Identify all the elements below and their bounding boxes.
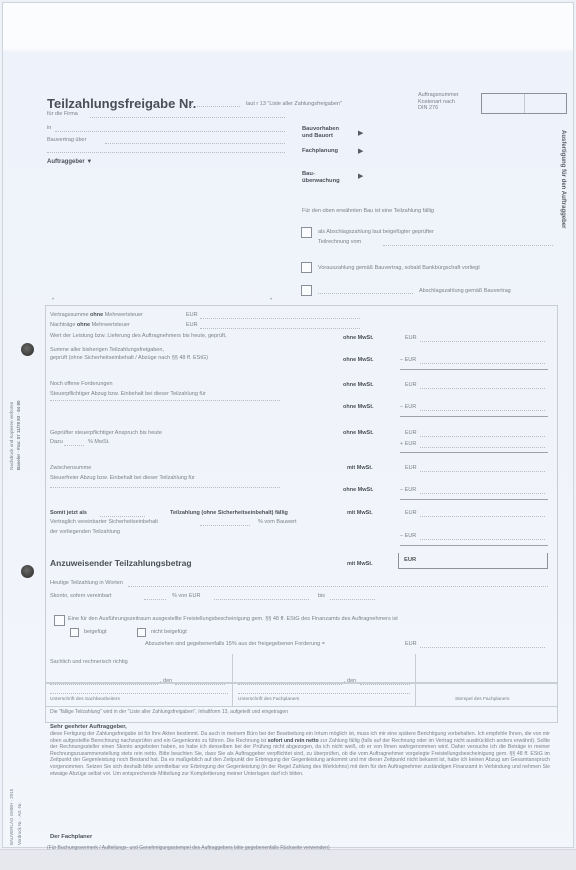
attached-label: beigefügt [84, 629, 107, 635]
side-note-publisher: BAUVERLAG GMBH · 2015 [9, 789, 14, 845]
order-number-box[interactable] [481, 93, 567, 114]
punch-hole-top [21, 343, 34, 356]
clerk-signature-field[interactable] [50, 693, 228, 694]
payout-amount-label: Anzuweisender Teilzahlungsbetrag [50, 558, 192, 568]
security-retention-rate-field[interactable] [200, 525, 250, 526]
security-retention-currency: – EUR [400, 533, 416, 539]
subtotal-rule-3 [400, 452, 548, 453]
security-retention-label: Vertraglich vereinbarter Sicherheitseinb… [50, 519, 158, 525]
subtotal-rule-1 [400, 369, 548, 370]
vat-amount-field[interactable] [420, 447, 545, 448]
planning-arrow-icon: ▶ [358, 147, 363, 155]
discount-rate-field[interactable] [144, 599, 166, 600]
supplements-label: Nachträge ohne Mehrwertsteuer [50, 322, 130, 328]
discount-label: Skonto, sofern vereinbart [50, 593, 111, 599]
installment-number-field[interactable] [100, 516, 145, 517]
project-label-1: Bauvorhaben [302, 126, 339, 133]
location-field[interactable] [55, 131, 285, 132]
clerk-signature-label: Unterschrift des Sachbearbeiters [50, 697, 120, 702]
supervision-label-2: überwachung [302, 178, 340, 185]
taxfree-deduction-label: Steuerfreier Abzug bzw. Einbehalt bei di… [50, 475, 195, 481]
verified-claim-field[interactable] [420, 436, 545, 437]
planner-place-field[interactable] [238, 684, 342, 685]
contract-sum-label: Vertragssumme ohne Mehrwertsteuer [50, 312, 143, 318]
order-number-divider [524, 94, 525, 113]
note-top-rule [45, 706, 558, 707]
copy-designation: Ausfertigung für den Auftraggeber [560, 130, 566, 228]
contract-sum-bold: ohne [90, 312, 103, 318]
open-claims-tax-note: ohne MwSt. [343, 382, 374, 388]
planner-stamp-label: Stempel des Fachplaners [455, 697, 509, 702]
form-title: Teilzahlungsfreigabe Nr. [47, 96, 196, 111]
checkbox-advance-payment[interactable] [301, 262, 312, 273]
option-partial-invoice-line1: als Abschlagszahlung laut beigefügter ge… [318, 229, 434, 235]
performance-value-field[interactable] [420, 341, 545, 342]
footer-note: (Für Buchungsvermerk / Aufteilungs- und … [47, 845, 330, 851]
location-label: in [47, 125, 51, 131]
open-claims-label: Noch offene Forderungen [50, 381, 113, 387]
discount-base-field[interactable] [214, 599, 309, 600]
taxfree-deduction-currency: – EUR [400, 487, 416, 493]
installment-due-currency: EUR [405, 510, 417, 516]
taxable-deduction-label: Steuerpflichtiger Abzug bzw. Einbehalt b… [50, 391, 206, 397]
amount-in-words-field[interactable] [128, 586, 548, 587]
exemption-certificate-text: Eine für den Ausführungszeitraum ausgest… [68, 616, 398, 622]
clerk-place-field[interactable] [50, 684, 158, 685]
supervision-label-1: Bau- [302, 171, 340, 178]
project-label-2: und Bauort [302, 133, 339, 140]
interim-sum-currency: EUR [405, 465, 417, 471]
planner-signature-field[interactable] [238, 693, 410, 694]
list-reference: laut r 13 "Liste aller Zahlungsfreigaben… [246, 101, 342, 107]
letter-body-bold: sofort und rein netto [268, 738, 319, 744]
invoice-date-field[interactable] [383, 245, 553, 246]
interim-sum-tax-note: mit MwSt. [347, 465, 373, 471]
open-claims-currency: EUR [405, 382, 417, 388]
open-claims-field[interactable] [420, 388, 545, 389]
taxable-deduction-field[interactable] [420, 410, 545, 411]
amount-in-words-label: Heutige Teilzahlung in Worten [50, 580, 123, 586]
option-advance-payment: Vorauszahlung gemäß Bauvertrag, sobald B… [318, 265, 480, 271]
taxable-deduction-currency: – EUR [400, 404, 416, 410]
interim-sum-label: Zwischensumme [50, 465, 91, 471]
fold-mark-left: • [52, 297, 54, 303]
list-entry-note: Die "fällige Teilzahlung" wird in der "L… [50, 709, 288, 715]
firm-field[interactable] [90, 117, 285, 118]
previous-sum-tax-note: ohne MwSt. [343, 357, 374, 363]
supervision-arrow-icon: ▶ [358, 172, 363, 180]
planner-date-label: , den [344, 678, 356, 684]
contract-sum-currency: EUR [186, 312, 198, 318]
interim-sum-field[interactable] [420, 471, 545, 472]
taxfree-deduction-field[interactable] [420, 493, 545, 494]
side-note-copyright: Nachdruck und Kopieren verboten [9, 402, 14, 470]
discount-base-label: % von EUR [172, 593, 200, 599]
installment-due-tax-note: mit MwSt. [347, 510, 373, 516]
supplements-bold: ohne [77, 322, 90, 328]
clerk-date-field[interactable] [175, 684, 225, 685]
verified-claim-label: Geprüfter steuerpflichtiger Anspruch bis… [50, 430, 162, 436]
subtotal-rule-4 [400, 499, 548, 500]
payout-tax-note: mit MwSt. [347, 561, 373, 567]
contract-label: Bauvertrag über [47, 137, 86, 143]
planner-signature-label: Unterschrift des Fachplaners [238, 697, 299, 702]
letter-body-post: zur Zahlung fällig (falls auf der Rechnu… [50, 738, 550, 777]
order-number-label-1: Auftragsnummer [418, 92, 459, 99]
taxable-deduction-tax-note: ohne MwSt. [343, 404, 374, 410]
supplements-pre: Nachträge [50, 322, 77, 328]
supplements-currency: EUR [186, 322, 198, 328]
deduction-15-label: Abzuziehen sind gegebenenfalls 15% aus d… [145, 641, 325, 647]
performance-tax-note: ohne MwSt. [343, 335, 374, 341]
side-note-contact: Baseler · Fax: 07 11/78 83 · 84 80 [16, 400, 21, 470]
checkbox-partial-invoice[interactable] [301, 227, 312, 238]
specialist-planning-label: Fachplanung [302, 148, 338, 154]
punch-hole-bottom [21, 565, 34, 578]
previous-sum-field[interactable] [420, 363, 545, 364]
payout-amount-box[interactable]: EUR [398, 553, 548, 569]
order-number-label: Auftragsnummer Kostenart nach DIN 276 [418, 92, 459, 112]
signature-divider-2 [415, 654, 416, 706]
page-edge [0, 849, 576, 870]
contract-sum-pre: Vertragssumme [50, 312, 90, 318]
vat-rate-field[interactable] [64, 445, 84, 446]
taxable-deduction-reason-field[interactable] [50, 400, 280, 401]
project-arrow-icon: ▶ [358, 129, 363, 137]
now-due-label: Somit jetzt als [50, 510, 87, 516]
option-installment: Abschlagszahlung gemäß Bauvertrag [419, 288, 511, 294]
vat-label: Dazu [50, 439, 63, 445]
security-retention-field[interactable] [420, 539, 545, 540]
vat-percent-label: % MwSt. [88, 439, 110, 445]
letter-signoff: Der Fachplaner [50, 834, 92, 840]
not-attached-label: nicht beigefügt [151, 629, 187, 635]
checkbox-installment[interactable] [301, 285, 312, 296]
project-label: Bauvorhaben und Bauort [302, 126, 339, 140]
deduction-15-currency: EUR [405, 641, 417, 647]
verified-claim-tax-note: ohne MwSt. [343, 430, 374, 436]
subtotal-rule-2 [400, 416, 548, 417]
installment-field[interactable] [318, 293, 413, 294]
discount-until-field[interactable] [330, 599, 375, 600]
installment-due-label: Teilzahlung (ohne Sicherheitseinbehalt) … [170, 510, 288, 516]
performance-currency: EUR [405, 335, 417, 341]
number-field[interactable] [190, 106, 240, 107]
previous-sum-label-2: geprüft (ohne Sicherheitseinbehalt / Abz… [50, 355, 208, 361]
performance-value-label: Wert der Leistung bzw. Lieferung des Auf… [50, 333, 227, 339]
order-number-label-3: DIN 276 [418, 105, 459, 112]
checkbox-not-attached[interactable] [137, 628, 146, 637]
contract-sum-post: Mehrwertsteuer [103, 312, 143, 318]
contract-field-2[interactable] [47, 152, 285, 153]
checkbox-exemption-certificate[interactable] [54, 615, 65, 626]
letter-salutation: Sehr geehrter Auftraggeber, [50, 724, 127, 730]
signature-divider-1 [232, 654, 233, 706]
security-percent-label: % vom Bauwert [258, 519, 297, 525]
supplements-field[interactable] [200, 328, 360, 329]
letter-body: diese Fertigung der Zahlungsfreigabe ist… [50, 731, 550, 777]
previous-sum-label-1: Summe aller bisherigen Teilzahlungsfreig… [50, 347, 164, 353]
discount-until-label: bis [318, 593, 325, 599]
subtotal-rule-5 [400, 545, 548, 546]
option-partial-invoice-line2: Teilrechnung vom [318, 239, 361, 245]
contract-sum-field[interactable] [200, 318, 360, 319]
payout-currency: EUR [404, 557, 416, 563]
taxfree-deduction-reason-field[interactable] [50, 487, 280, 488]
taxfree-deduction-tax-note: ohne MwSt. [343, 487, 374, 493]
signature-box [45, 683, 558, 723]
supplements-post: Mehrwertsteuer [90, 322, 130, 328]
supervision-label: Bau- überwachung [302, 171, 340, 185]
deduction-15-field[interactable] [420, 647, 545, 648]
contract-field[interactable] [105, 143, 285, 144]
verified-claim-currency: EUR [405, 430, 417, 436]
vat-currency: + EUR [400, 441, 416, 447]
current-installment-label: der vorliegenden Teilzahlung [50, 529, 120, 535]
firm-label: für die Firma [47, 111, 78, 117]
side-note-form-number: Vordruck Nr. · Art.-Nr. [17, 802, 22, 845]
client-label: Auftraggeber ▼ [47, 159, 92, 165]
calculation-box [45, 305, 558, 683]
verified-correct-label: Sachlich und rechnerisch richtig [50, 659, 128, 665]
installment-due-field[interactable] [420, 516, 545, 517]
fold-mark-right: • [270, 297, 272, 303]
planner-date-field[interactable] [360, 684, 410, 685]
clerk-date-label: , den [160, 678, 172, 684]
checkbox-attached[interactable] [70, 628, 79, 637]
previous-sum-currency: – EUR [400, 357, 416, 363]
payment-intro: Für den oben erwähnten Bau ist eine Teil… [302, 208, 434, 214]
